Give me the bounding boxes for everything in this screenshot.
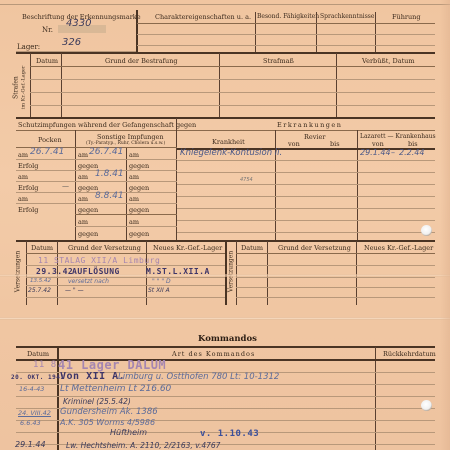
rule (137, 23, 435, 24)
rule (26, 285, 225, 286)
pocken-date-1: 26.7.41 (30, 147, 64, 157)
transfers-side-label-right: Versetzungen (228, 242, 235, 302)
transfer-r-col-reason: Grund der Versetzung (278, 244, 351, 252)
vacc-col-other: Sonstige Impfungen (97, 133, 164, 141)
commandos-title: Kommandos (198, 334, 257, 344)
other-gegen-3: gegen (78, 206, 98, 214)
header-abilities: Besond. Fähigkeiten (257, 13, 319, 20)
transfer-date-3: 25.7.42 (28, 287, 51, 294)
commando-date-6: 6.6.43 (20, 419, 41, 427)
punish-col-reason: Grund der Bestrafung (105, 57, 178, 65)
illness-title: Erkrankungen (277, 121, 342, 129)
punish-col-served: Verbüßt, Datum (362, 57, 415, 65)
divider (26, 241, 27, 305)
other2-am-2: am (129, 173, 139, 181)
section-border (16, 117, 435, 119)
commando-detail-5: Gundersheim Ak. 1386 (60, 407, 158, 417)
commando-date-1: 11 8 (33, 360, 57, 370)
other-am-2: am (78, 173, 88, 181)
illness-entry-hospital-bis: 2.2.44 (399, 148, 424, 157)
commando-col-return: Rückkehrdatum (383, 350, 436, 358)
revier-bis: bis (330, 140, 340, 148)
rule (30, 79, 435, 80)
illness-col-revier: Revier (304, 133, 325, 141)
other-am-4: am (78, 218, 88, 226)
other2-am-4: am (129, 218, 139, 226)
camp-label: Lager: (17, 43, 40, 51)
punishments-side-label: Strafen im Kr.-Gef.-Lager (13, 58, 28, 118)
rule (177, 196, 435, 197)
commando-date-2: 20. OKT. 1941 (11, 374, 64, 381)
rule (16, 130, 177, 131)
rule (236, 287, 435, 288)
rule (236, 277, 435, 278)
rule (16, 159, 177, 160)
revier-von: von (288, 140, 300, 148)
other-gegen-4: gegen (78, 230, 98, 238)
rule (26, 277, 225, 278)
transfer-r-col-date: Datum (241, 244, 263, 252)
rule (16, 203, 177, 204)
divider (275, 130, 276, 240)
commando-detail-2-stamp: Von XII A. (60, 371, 125, 382)
pocken-erfolg-1: Erfolg (18, 162, 38, 170)
divider (316, 12, 317, 52)
hospital-bis: bis (408, 140, 418, 148)
rule (177, 232, 435, 233)
rule (177, 184, 435, 185)
rule (137, 45, 435, 46)
divider (30, 53, 31, 117)
other2-am-3: am (129, 195, 139, 203)
rule (75, 214, 177, 215)
divider (357, 130, 358, 240)
vacc-title: Schutzimpfungen während der Gefangenscha… (18, 121, 196, 129)
pocken-erfolg-mark: — (62, 182, 69, 190)
commando-date-3: 16-4-43 (19, 385, 44, 393)
nr-label: Nr. (42, 26, 53, 34)
commando-detail-3: Lt Mettenheim Lt 216.60 (60, 384, 171, 394)
other2-gegen-4: gegen (129, 230, 149, 238)
commando-detail-6: A.K. 305 Worms 4/5986 (60, 418, 155, 427)
rule (236, 265, 435, 266)
other2-gegen-1: gegen (129, 162, 149, 170)
transfer-camp-3: St XII A (148, 287, 170, 294)
other-date-1: 26.7.41 (89, 147, 123, 157)
illness-entry-name: Kniegelenk-Kontusion li. (180, 148, 282, 158)
rule (236, 297, 435, 298)
transfer-stamp: 11 STALAG XII/A Limburg (38, 256, 160, 265)
other-am-3: am (78, 195, 88, 203)
rule (26, 297, 225, 298)
transfer-reason-3: — " — (65, 287, 84, 294)
rule (16, 181, 177, 182)
section-border (16, 346, 435, 348)
divider (267, 241, 268, 305)
other-date-2: 1.8.41 (95, 169, 124, 179)
punch-hole (421, 225, 432, 236)
punch-hole (421, 400, 432, 411)
illness-col-hospital: Lazarett — Krankenhaus (360, 133, 436, 140)
nr-value: 4330 (66, 18, 91, 29)
rule (177, 172, 435, 173)
divider (61, 53, 62, 117)
paper-fold (0, 274, 450, 277)
divider (219, 53, 220, 117)
side-label-line2: im Kr.-Gef.-Lager (21, 66, 27, 110)
punish-col-penalty: Strafmaß (263, 57, 294, 65)
transfer-col-date: Datum (31, 244, 53, 252)
rule (75, 226, 177, 227)
header-conduct: Führung (392, 13, 421, 21)
rule (30, 92, 435, 93)
pocken-erfolg-2: Erfolg (18, 184, 38, 192)
transfer-r-col-camp: Neues Kr.-Gef.-Lager (364, 244, 433, 252)
vacc-col-other-sub: (Ty.-Paratyp., Ruhr, Cholera u.s.w.) (86, 141, 165, 146)
divider (336, 53, 337, 117)
illness-misc-mark: 4754 (240, 177, 253, 183)
commando-detail-1: 41 Lager DALUM (58, 358, 166, 372)
commando-detail-4: Kriminel (25.5.42) (63, 397, 131, 406)
illness-col-name: Krankheit (212, 138, 245, 146)
rule (236, 253, 435, 254)
divider (236, 241, 237, 305)
rule (177, 160, 435, 161)
illness-entry-hospital-von: 29.1.44 (360, 148, 391, 157)
vacc-col-pocken: Pocken (38, 136, 62, 144)
transfer-reason-2: versetzt nach (68, 278, 109, 285)
rule (177, 220, 435, 221)
commando-detail-7-hand: Hüftheim (110, 428, 147, 437)
other2-am-1: am (129, 151, 139, 159)
divider (356, 241, 357, 305)
record-card: Beschriftung der Erkennungsmarke Nr. 433… (0, 0, 450, 450)
divider (176, 118, 177, 240)
paper-edge (440, 0, 450, 450)
transfers-side-label-left: Versetzungen (15, 242, 22, 302)
rule (177, 208, 435, 209)
other-am-1: am (78, 151, 88, 159)
commando-detail-7-stamp: v. 1.10.43 (200, 429, 259, 439)
commando-col-type: Art des Kommandos (172, 350, 255, 358)
pocken-erfolg-3: Erfolg (18, 206, 38, 214)
pocken-am-2: am (18, 173, 28, 181)
rule (137, 34, 435, 35)
rule (177, 130, 435, 131)
rule (30, 66, 435, 67)
commando-detail-2-hand: Limburg u. Ostthofen 780 Lt: 10-1312 (118, 372, 279, 382)
pocken-am-3: am (18, 195, 28, 203)
dash: – (391, 148, 395, 157)
divider (375, 347, 376, 450)
camp-value: 326 (62, 37, 81, 48)
transfer-col-reason: Grund der Versetzung (68, 244, 141, 252)
punish-col-date: Datum (36, 57, 58, 65)
header-languages: Sprachkenntnisse (320, 13, 374, 20)
commando-detail-8: Lw. Hechtsheim. A. 2110, 2/2163, v.4767 (66, 441, 220, 450)
top-edge (0, 4, 450, 5)
header-character: Charaktereigenschaften u. a. (155, 13, 251, 21)
transfer-date-2: 13.5.42 (30, 278, 51, 284)
side-label-line1: Strafen (13, 76, 20, 99)
commando-date-8: 29.1.44 (15, 440, 46, 449)
other2-gegen-3: gegen (129, 206, 149, 214)
transfer-camp-2: " " " D (152, 278, 171, 285)
transfer-col-camp: Neues Kr.-Gef.-Lager (153, 244, 222, 252)
divider (255, 12, 256, 52)
rule (30, 105, 435, 106)
commando-col-date: Datum (27, 350, 49, 358)
hospital-von: von (372, 140, 384, 148)
other-date-3: 8.8.41 (95, 191, 124, 201)
other2-gegen-2: gegen (129, 184, 149, 192)
commando-date-5: 24. VIII.42 (18, 409, 51, 417)
pocken-am-1: am (18, 151, 28, 159)
paper-fold (0, 317, 450, 320)
section-border (16, 52, 435, 54)
rule (26, 253, 225, 254)
rule (26, 265, 225, 266)
divider (375, 12, 376, 52)
